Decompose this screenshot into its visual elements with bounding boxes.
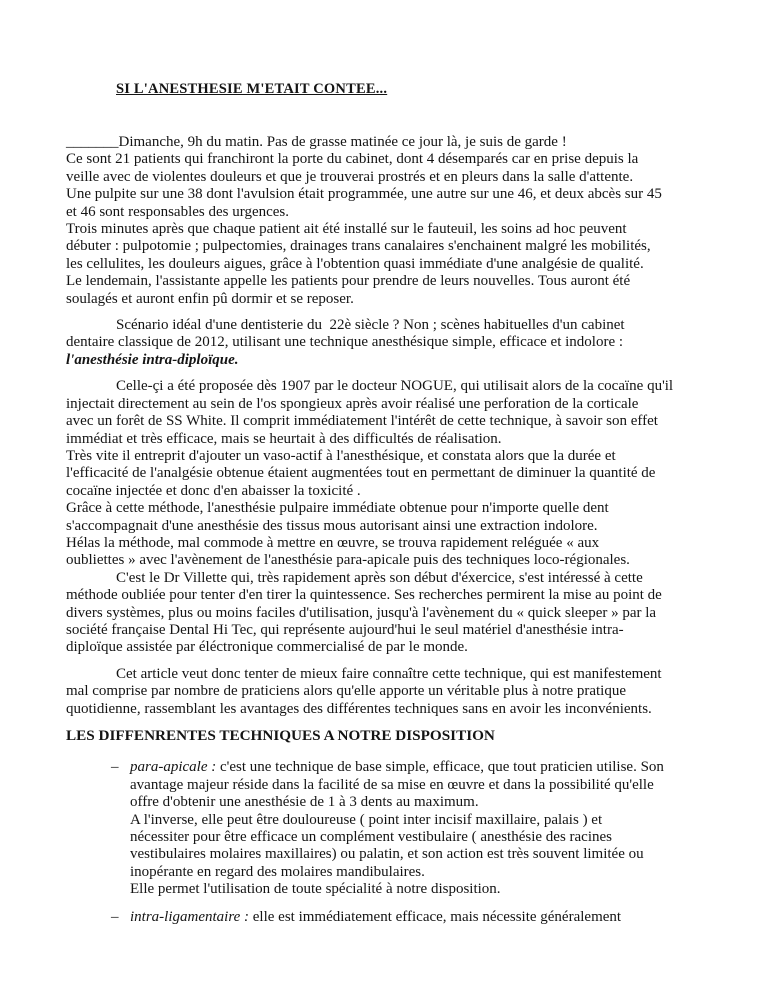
text-line: méthode oubliée pour tenter d'en tirer l… <box>66 587 728 604</box>
bullet-continuation-lines: avantage majeur réside dans la facilité … <box>130 777 728 899</box>
bullet-dash-icon: – <box>111 759 130 898</box>
text-line: mal comprise par nombre de praticiens al… <box>66 683 728 700</box>
text-line: avec un forêt de SS White. Il comprit im… <box>66 413 728 430</box>
text-line: débuter : pulpotomie ; pulpectomies, dra… <box>66 238 728 255</box>
text-line: vestibulaires molaires maxillaires) ou p… <box>130 846 728 863</box>
bullet-dash-icon: – <box>111 909 130 926</box>
text-line: Grâce à cette méthode, l'anesthésie pulp… <box>66 500 728 517</box>
document-page: { "document": { "title": "SI L'ANESTHESI… <box>0 0 768 994</box>
text-line: nécessiter pour être efficace un complém… <box>130 829 728 846</box>
bullet-first-line: intra-ligamentaire : elle est immédiatem… <box>130 909 728 926</box>
page-content: SI L'ANESTHESIE M'ETAIT CONTEE... ______… <box>0 0 768 994</box>
text-line: avantage majeur réside dans la facilité … <box>130 777 728 794</box>
text-line: dentaire classique de 2012, utilisant un… <box>66 334 728 351</box>
emphasis-intra-diploique: l'anesthésie intra-diploïque. <box>66 352 728 369</box>
list-item-intra-ligamentaire: – intra-ligamentaire : elle est immédiat… <box>66 909 728 926</box>
bullet-lead-term: intra-ligamentaire : <box>130 909 249 925</box>
bullet-first-line-rest: c'est une technique de base simple, effi… <box>216 759 664 775</box>
text-line: _______Dimanche, 9h du matin. Pas de gra… <box>66 134 728 151</box>
text-line: inopérante en regard des molaires mandib… <box>130 864 728 881</box>
text-line: quotidienne, rassemblant les avantages d… <box>66 701 728 718</box>
text-line: Ce sont 21 patients qui franchiront la p… <box>66 151 728 168</box>
text-line: Elle permet l'utilisation de toute spéci… <box>130 881 728 898</box>
text-line: injectait directement au sein de l'os sp… <box>66 396 728 413</box>
text-line: offre d'obtenir une anesthésie de 1 à 3 … <box>130 794 728 811</box>
paragraph-scenario: Scénario idéal d'une dentisterie du 22è … <box>66 317 728 369</box>
bullet-lead-term: para-apicale : <box>130 759 216 775</box>
text-line: société française Dental Hi Tec, qui rep… <box>66 622 728 639</box>
text-line: s'accompagnait d'une anesthésie des tiss… <box>66 518 728 535</box>
text-line: divers systèmes, plus ou moins faciles d… <box>66 605 728 622</box>
bullet-body: para-apicale : c'est une technique de ba… <box>130 759 728 898</box>
paragraph-intro: _______Dimanche, 9h du matin. Pas de gra… <box>66 134 728 308</box>
paragraph-article: Cet article veut donc tenter de mieux fa… <box>66 666 728 718</box>
text-line: cocaïne injectée et donc d'en abaisser l… <box>66 483 728 500</box>
text-line: Scénario idéal d'une dentisterie du 22è … <box>66 317 728 334</box>
text-line: les cellulites, les douleurs aigues, grâ… <box>66 256 728 273</box>
bullet-first-line: para-apicale : c'est une technique de ba… <box>130 759 728 776</box>
text-line: Le lendemain, l'assistante appelle les p… <box>66 273 728 290</box>
text-line: Celle-çi a été proposée dès 1907 par le … <box>66 378 728 395</box>
text-line: l'efficacité de l'analgésie obtenue étai… <box>66 465 728 482</box>
bullet-first-line-rest: elle est immédiatement efficace, mais né… <box>249 909 621 925</box>
paragraph-history: Celle-çi a été proposée dès 1907 par le … <box>66 378 728 657</box>
text-line: veille avec de violentes douleurs et que… <box>66 169 728 186</box>
text-line: oubliettes » avec l'avènement de l'anest… <box>66 552 728 569</box>
text-line: soulagés et auront enfin pû dormir et se… <box>66 291 728 308</box>
text-line: Une pulpite sur une 38 dont l'avulsion é… <box>66 186 728 203</box>
list-item-para-apicale: – para-apicale : c'est une technique de … <box>66 759 728 898</box>
text-line: diploïque assistée par éléctronique comm… <box>66 639 728 656</box>
scenario-lines: Scénario idéal d'une dentisterie du 22è … <box>66 317 728 352</box>
text-line: Hélas la méthode, mal commode à mettre e… <box>66 535 728 552</box>
text-line: Cet article veut donc tenter de mieux fa… <box>66 666 728 683</box>
text-line: C'est le Dr Villette qui, très rapidemen… <box>66 570 728 587</box>
text-line: Trois minutes après que chaque patient a… <box>66 221 728 238</box>
bullet-body: intra-ligamentaire : elle est immédiatem… <box>130 909 728 926</box>
text-line: Très vite il entreprit d'ajouter un vaso… <box>66 448 728 465</box>
text-line: A l'inverse, elle peut être douloureuse … <box>130 812 728 829</box>
text-line: immédiat et très efficace, mais se heurt… <box>66 431 728 448</box>
section-heading: LES DIFFENRENTES TECHNIQUES A NOTRE DISP… <box>66 727 728 744</box>
text-line: et 46 sont responsables des urgences. <box>66 204 728 221</box>
document-title: SI L'ANESTHESIE M'ETAIT CONTEE... <box>116 80 728 98</box>
